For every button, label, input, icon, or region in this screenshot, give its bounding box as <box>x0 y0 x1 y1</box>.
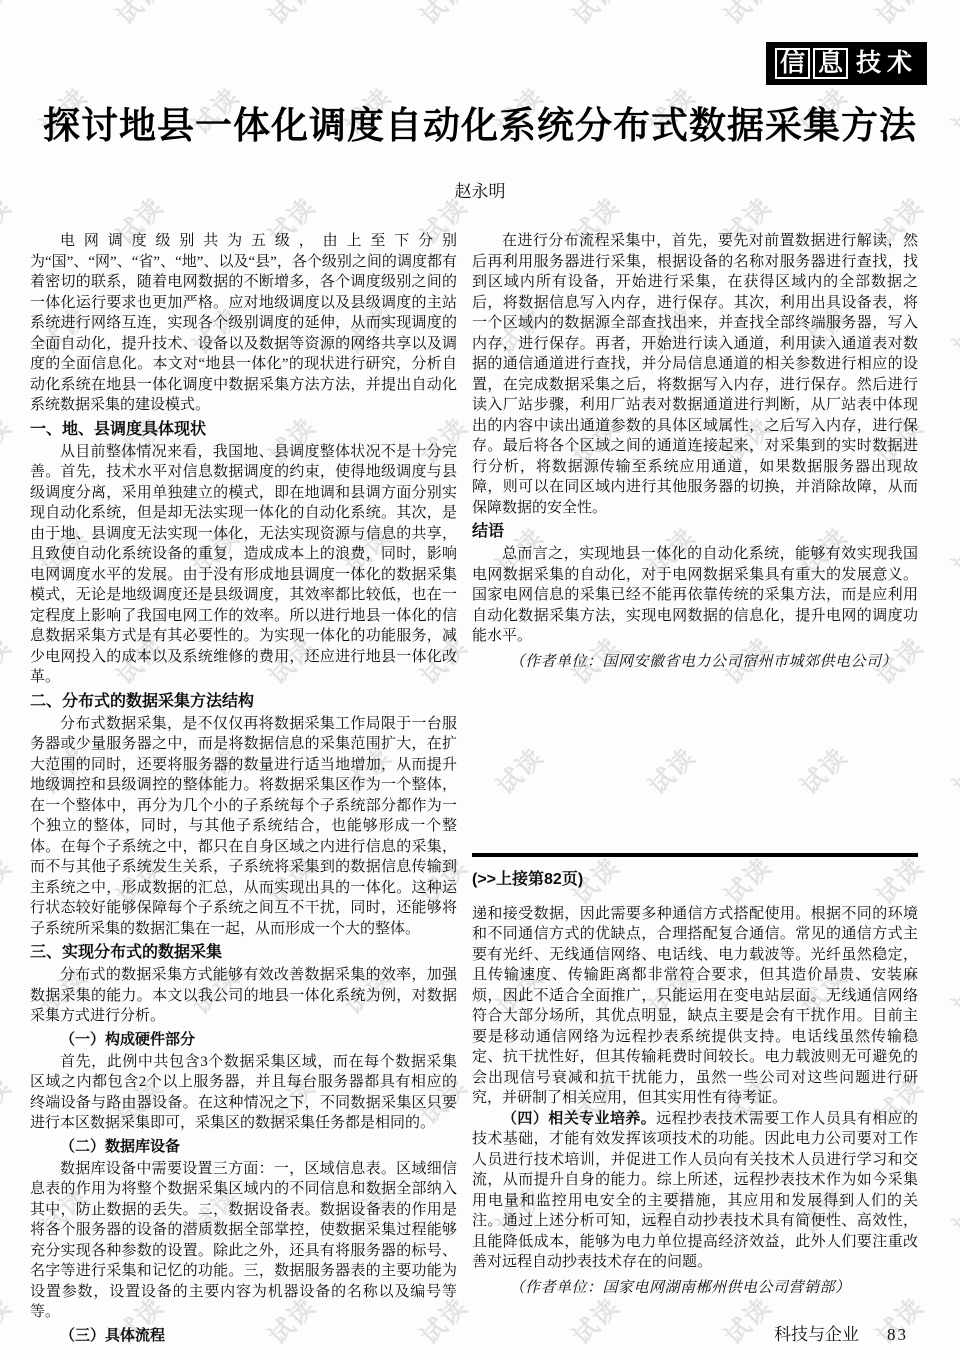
author-affiliation-2: （作者单位：国家电网湖南郴州供电公司营销部） <box>472 1278 918 1299</box>
author-name: 赵永明 <box>0 177 960 202</box>
watermark-text: 试读 <box>259 0 323 32</box>
continued-paragraph: 递和接受数据，因此需要多种通信方式搭配使用。根据不同的环境和不同通信方式的优缺点… <box>472 904 918 1109</box>
journal-name: 科技与企业 <box>774 1325 859 1344</box>
watermark-text: 试读 <box>563 0 627 32</box>
left-column: 电网调度级别共为五级，由上至下分别为“国”、“网”、“省”、“地”、以及“县”，… <box>30 231 457 1348</box>
section-2-heading: 二、分布式的数据采集方法结构 <box>30 690 457 713</box>
watermark-text: 试读 <box>943 1178 960 1242</box>
watermark-text: 试读 <box>943 298 960 362</box>
watermark-text: 试读 <box>943 518 960 582</box>
subsection-1-paragraph: 首先，此例中共包含3个数据采集区域，而在每个数据采集区域之内都包含2个以上服务器… <box>30 1052 457 1134</box>
page-footer: 科技与企业83 <box>774 1320 908 1345</box>
badge-char-boxed: 息 <box>813 48 848 79</box>
badge-text: 技术 <box>851 51 918 76</box>
watermark-text: 试读 <box>411 0 475 32</box>
subsection-2-paragraph: 数据库设备中需要设置三方面：一，区域信息表。区域细信息表的作用为将整个数据采集区… <box>30 1159 457 1323</box>
watermark-text: 试读 <box>487 738 551 802</box>
badge-char-boxed: 信 <box>775 48 810 79</box>
watermark-text: 试读 <box>943 738 960 802</box>
section-1-paragraph: 从目前整体情况来看，我国地、县调度整体状况不是十分完善。首先，技术水平对信息数据… <box>30 442 457 688</box>
watermark-text: 试读 <box>107 0 171 32</box>
conclusion-heading: 结语 <box>472 520 918 543</box>
right-column-bottom: (>>上接第82页) 递和接受数据，因此需要多种通信方式搭配使用。根据不同的环境… <box>472 853 918 1298</box>
watermark-text: 试读 <box>943 958 960 1022</box>
section-2-paragraph: 分布式数据采集，是不仅仅再将数据采集工作局限于一台服务器或少量服务器之中，而是将… <box>30 714 457 940</box>
subsection-4-heading: （四）相关专业培养。 <box>502 1110 656 1127</box>
subsection-4-text: 远程抄表技术需要工作人员具有相应的技术基础，才能有效发挥该项技术的功能。因此电力… <box>472 1111 918 1271</box>
subsection-1-heading: （一）构成硬件部分 <box>30 1028 457 1051</box>
page-number: 83 <box>887 1325 908 1344</box>
process-paragraph: 在进行分布流程采集中，首先，要先对前置数据进行解读，然后再利用服务器进行采集，根… <box>472 231 918 518</box>
section-3-heading: 三、实现分布式的数据采集 <box>30 941 457 964</box>
continuation-label: (>>上接第82页) <box>472 870 918 891</box>
watermark-text: 试读 <box>867 0 931 32</box>
watermark-text: 试读 <box>0 848 19 912</box>
right-column-top: 在进行分布流程采集中，首先，要先对前置数据进行解读，然后再利用服务器进行采集，根… <box>472 231 918 672</box>
subsection-3-heading: （三）具体流程 <box>30 1324 457 1347</box>
article-title: 探讨地县一体化调度自动化系统分布式数据采集方法 <box>0 95 960 149</box>
watermark-text: 试读 <box>715 0 779 32</box>
watermark-text: 试读 <box>0 0 19 32</box>
watermark-text: 试读 <box>0 408 19 472</box>
intro-paragraph: 电网调度级别共为五级，由上至下分别为“国”、“网”、“省”、“地”、以及“县”，… <box>30 231 457 416</box>
conclusion-paragraph: 总而言之，实现地县一体化的自动化系统，能够有效实现我国电网数据采集的自动化，对于… <box>472 544 918 647</box>
section-3-paragraph: 分布式的数据采集方式能够有效改善数据采集的效率，加强数据采集的能力。本文以我公司… <box>30 965 457 1027</box>
author-affiliation-1: （作者单位：国网安徽省电力公司宿州市城郊供电公司） <box>472 652 918 673</box>
watermark-text: 试读 <box>0 1068 19 1132</box>
watermark-text: 试读 <box>639 738 703 802</box>
section-1-heading: 一、地、县调度具体现状 <box>30 418 457 441</box>
subsection-2-heading: （二）数据库设备 <box>30 1135 457 1158</box>
watermark-text: 试读 <box>0 628 19 692</box>
category-badge: 信 息 技术 <box>766 42 927 85</box>
section-divider <box>472 853 918 857</box>
subsection-4-paragraph: （四）相关专业培养。远程抄表技术需要工作人员具有相应的技术基础，才能有效发挥该项… <box>472 1109 918 1273</box>
watermark-text: 试读 <box>0 1288 19 1352</box>
watermark-text: 试读 <box>791 738 855 802</box>
